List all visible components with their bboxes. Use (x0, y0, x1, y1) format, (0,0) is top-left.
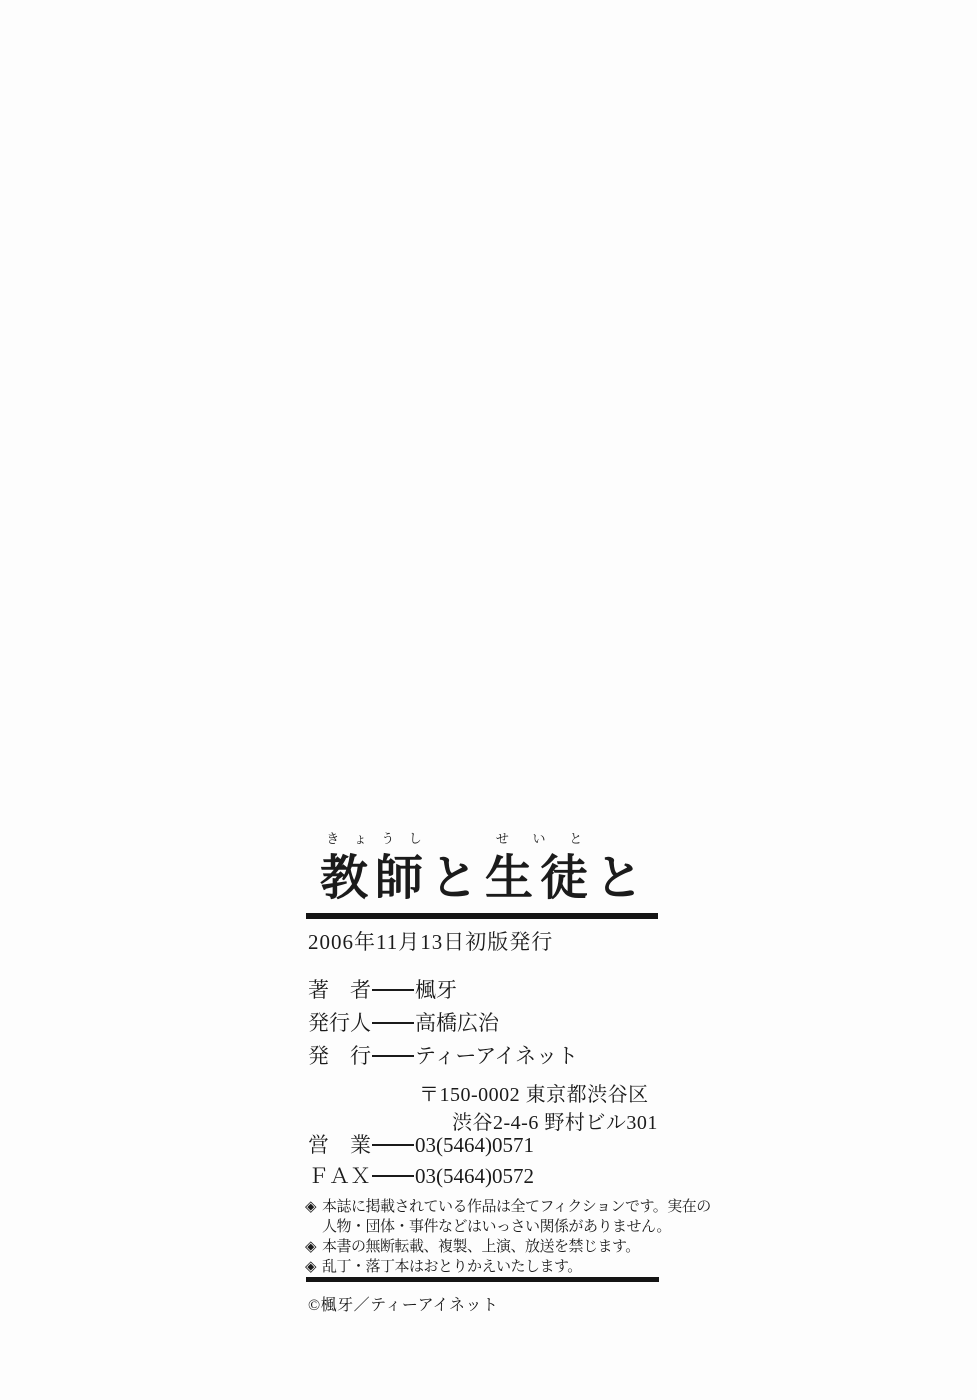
notice-line: ◈乱丁・落丁本はおとりかえいたします。 (305, 1257, 711, 1277)
notice-line: ◈本書の無断転載、複製、上演、放送を禁じます。 (305, 1237, 711, 1257)
title-connector: と (595, 852, 650, 905)
notice-text: 本書の無断転載、複製、上演、放送を禁じます。 (322, 1239, 640, 1255)
leader-dash (372, 1144, 414, 1146)
author-row: 著 者楓牙 (308, 979, 457, 1002)
leader-dash (372, 1022, 414, 1024)
notice-line: ◈本誌に掲載されている作品は全てフィクションです。実在の (305, 1197, 711, 1217)
leader-dash (372, 989, 414, 991)
copyright-line: ©楓牙／ティーアイネット (308, 1292, 498, 1315)
legal-notices: ◈本誌に掲載されている作品は全てフィクションです。実在の 人物・団体・事件などは… (305, 1197, 711, 1277)
title-base-text: 教師 (320, 852, 430, 905)
notice-text: 本誌に掲載されている作品は全てフィクションです。実在の (322, 1199, 711, 1215)
book-title: 教師きょうしと生徒せいとと (320, 831, 650, 903)
title-word-kyoushi: 教師きょうし (320, 852, 430, 905)
diamond-bullet-icon: ◈ (305, 1257, 322, 1277)
edition-date-line: 2006年11月13日初版発行 (308, 926, 553, 956)
row-label: 営 業 (308, 1134, 372, 1157)
leader-dash (372, 1175, 414, 1177)
row-label: 著 者 (308, 979, 372, 1002)
notice-text: 人物・団体・事件などはいっさい関係がありません。 (322, 1219, 671, 1235)
furigana-seito: せいと (485, 831, 595, 852)
colophon-page: 教師きょうしと生徒せいとと 2006年11月13日初版発行 著 者楓牙 発行人高… (0, 0, 977, 1400)
leader-dash (372, 1055, 414, 1057)
title-connector: と (430, 852, 485, 905)
notice-text: 乱丁・落丁本はおとりかえいたします。 (322, 1259, 582, 1275)
row-value: 楓牙 (415, 978, 457, 1002)
row-label: 発行人 (308, 1012, 372, 1035)
row-value: 高橋広治 (415, 1011, 499, 1035)
row-value: 03(5464)0571 (415, 1133, 534, 1157)
notice-line: 人物・団体・事件などはいっさい関係がありません。 (305, 1217, 711, 1237)
row-label: ＦＡＸ (308, 1165, 372, 1188)
furigana-kyoushi: きょうし (320, 831, 430, 852)
bottom-rule (306, 1277, 659, 1282)
publisher-row: 発 行ティーアイネット (308, 1045, 578, 1068)
fax-row: ＦＡＸ03(5464)0572 (308, 1165, 534, 1188)
row-label: 発 行 (308, 1045, 372, 1068)
row-value: 03(5464)0572 (415, 1164, 534, 1188)
title-underline-rule (306, 913, 658, 919)
diamond-bullet-icon: ◈ (305, 1197, 322, 1217)
diamond-bullet-icon: ◈ (305, 1237, 322, 1257)
sales-phone-row: 営 業03(5464)0571 (308, 1134, 534, 1157)
issuer-row: 発行人高橋広治 (308, 1012, 499, 1035)
title-word-seito: 生徒せいと (485, 852, 595, 905)
address-line-2: 渋谷2-4-6 野村ビル301 (452, 1106, 658, 1135)
address-line-1: 〒150-0002 東京都渋谷区 (419, 1078, 649, 1107)
title-base-text: 生徒 (485, 852, 595, 905)
row-value: ティーアイネット (415, 1044, 578, 1068)
